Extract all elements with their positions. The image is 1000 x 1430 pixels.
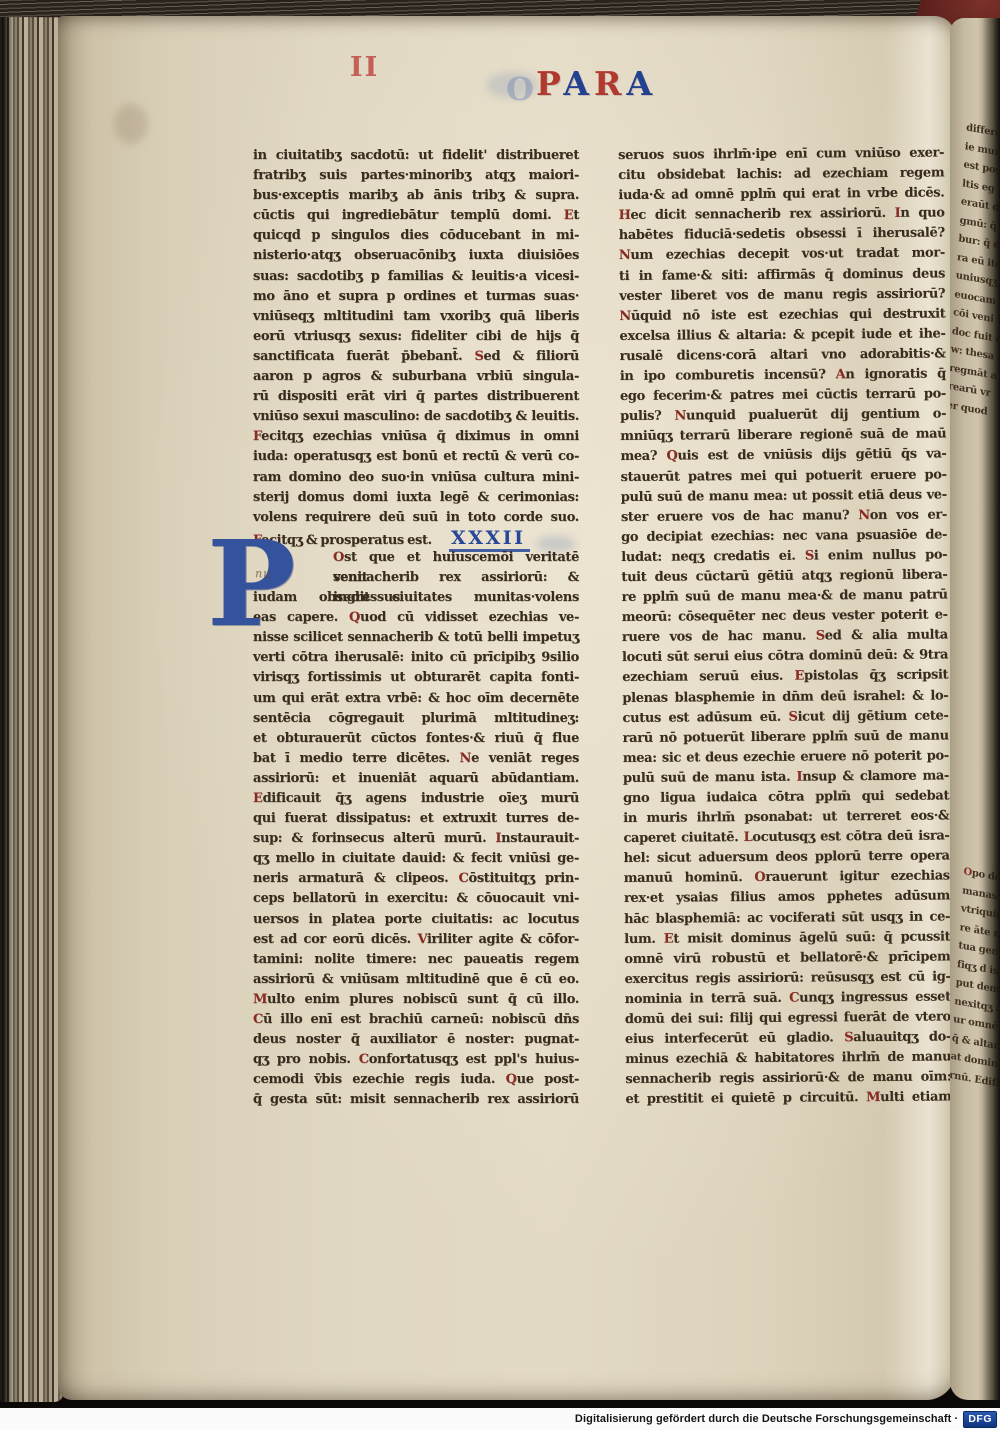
next-page-curl: differetie muneest postltis egeraūt dgmū… xyxy=(950,18,1000,1400)
text-line: nisterio·atqʒ obseruacōnibʒ iuxta diuisi… xyxy=(253,246,579,266)
text-line: in ipo comburetis incensū? An ignoratis … xyxy=(620,364,946,387)
rubricator-guide-letters: nu xyxy=(255,564,271,584)
text-line: sennacherib regis assiriorū·& de manu oī… xyxy=(625,1068,951,1091)
parchment-stain xyxy=(114,104,148,144)
text-line: suas: sacdotibʒ p familias & leuitis·a v… xyxy=(253,267,579,287)
text-line: manuū hominū. Orauerunt igitur ezechias xyxy=(624,867,950,890)
text-line: et prestitit ei quietē p circuitū. Multi… xyxy=(625,1088,951,1111)
text-line: quicqd p singulos dies cōducebant in mi- xyxy=(253,226,579,246)
text-line: est ad cor eorū dicēs. Viriliter agite &… xyxy=(253,930,579,950)
text-line: iuda·& ad omnē pplm̄ qui erat in vrbe di… xyxy=(618,184,944,207)
text-line: excelsa illius & altaria: & pcepit iude … xyxy=(619,324,945,347)
text-line: sennacherib rex assiriorū: & ingressus xyxy=(253,568,579,588)
text-column-right: seruos suos ihrlm̄·ipe enī cum vniūso ex… xyxy=(618,143,952,1110)
red-touched-capital: N xyxy=(674,409,686,424)
text-line: pulū suū de manu mea: ut possit etiā deu… xyxy=(621,485,947,508)
text-line: exercitus regis assiriorū: reūsusqʒ est … xyxy=(624,967,950,990)
text-line: cemodi v̄bis ezechie regis iuda. Que pos… xyxy=(253,1070,579,1090)
text-line: domū dei sui: filij qui egressi fuerāt d… xyxy=(625,1007,951,1030)
red-touched-capital: Q xyxy=(666,449,677,464)
red-touched-capital: I xyxy=(895,206,901,221)
text-line: minus ezechiā & habitatores ihrlm̄ de ma… xyxy=(625,1048,951,1071)
text-line: nisse scilicet sennacherib & totū belli … xyxy=(253,628,579,648)
red-touched-capital: S xyxy=(788,709,797,724)
text-line: rū dispositi erāt viri q̄ partes distrib… xyxy=(253,387,579,407)
text-line: tuit deus cūctarū gētiū atqʒ regionū lib… xyxy=(621,565,947,588)
text-line: Nūquid nō iste est ezechias qui destruxi… xyxy=(619,304,945,327)
red-touched-capital: A xyxy=(836,367,846,382)
digitization-credit-bar: Digitalisierung gefördert durch die Deut… xyxy=(0,1408,1000,1430)
text-line: gno ligua iudaica cōtra pplm̄ qui sedeba… xyxy=(623,786,949,809)
text-line: volens requirere deū suū in toto corde s… xyxy=(253,508,579,528)
text-line: ruere vos de hac manu. Sed & alia multa xyxy=(622,626,948,649)
text-line: locuti sūt serui eius cōtra dominū deū: … xyxy=(622,646,948,669)
text-line: ego fecerim·& patres mei cūctis terrarū … xyxy=(620,385,946,408)
text-line: eorū vtriusqʒ sexus: fideliter cibi de h… xyxy=(253,327,579,347)
text-line: sup: & forinsecus alterū murū. Instaurau… xyxy=(253,829,579,849)
red-touched-capital: O xyxy=(963,866,972,878)
red-touched-capital: Q xyxy=(349,610,360,625)
red-touched-capital: S xyxy=(816,629,825,644)
text-line: assiriorū & vniūsam mltitudinē que ē cū … xyxy=(253,970,579,990)
text-line: ster eruere vos de hac manu? Non vos er- xyxy=(621,505,947,528)
text-line: Cū illo enī est brachiū carneū: nobiscū … xyxy=(253,1010,579,1030)
credit-text: Digitalisierung gefördert durch die Deut… xyxy=(575,1413,958,1425)
text-line: assiriorū: et inueniāt aquarū abūdantiam… xyxy=(253,769,579,789)
text-line: mniūqʒ terrarū liberare regionē suā de m… xyxy=(620,425,946,448)
text-line: fratribʒ suis partes·minoribʒ atqʒ maior… xyxy=(253,166,579,186)
red-touched-capital: N xyxy=(460,751,472,766)
text-line: eius interfecerūt eū gladio. Saluauitqʒ … xyxy=(625,1028,951,1051)
text-line: Hec dicit sennacherib rex assiriorū. In … xyxy=(618,204,944,227)
red-touched-capital: E xyxy=(253,791,263,806)
text-column-left: P nu in ciuitatibʒ sacdotū: ut fidelit' … xyxy=(253,146,579,1111)
text-line: uersos in platea porte ciuitatis: ac loc… xyxy=(253,910,579,930)
red-touched-capital: S xyxy=(805,548,814,563)
red-touched-capital: L xyxy=(744,830,753,845)
folio-number: II xyxy=(350,52,379,83)
text-line: mea? Quis est de vniūsis dijs gētiū q̄s … xyxy=(620,445,946,468)
text-line: hel: sicut aduersum deos pplorū terre op… xyxy=(624,847,950,870)
text-line: rex·et ysaias filius amos pphetes adūsum xyxy=(624,887,950,910)
page-curl-shadow xyxy=(982,18,1000,1400)
text-line: habētes fiduciā·sedetis obsessi ī iherus… xyxy=(619,224,945,247)
red-touched-capital: I xyxy=(495,831,501,846)
red-touched-capital: S xyxy=(475,349,484,364)
text-line: mo āno et supra p ordines et turmas suas… xyxy=(253,287,579,307)
text-line: rarū nō potuerūt liberare pplm̄ suū de m… xyxy=(623,726,949,749)
text-line: in ciuitatibʒ sacdotū: ut fidelit' distr… xyxy=(253,146,579,166)
text-line: pulis? Nunquid pualuerūt dij gentium o- xyxy=(620,405,946,428)
text-line: Ost que et huiuscemōi veritatē venit xyxy=(253,548,579,568)
chapter-initial-letter: P xyxy=(207,538,295,630)
red-touched-capital: C xyxy=(253,1012,263,1027)
red-touched-capital: C xyxy=(359,1052,369,1067)
text-line: sterij domus domi iuxta legē & cerimonia… xyxy=(253,488,579,508)
red-touched-capital: M xyxy=(866,1090,880,1105)
red-touched-capital: O xyxy=(754,870,765,885)
text-line: tamini: nolite timere: nec paueatis rege… xyxy=(253,950,579,970)
text-line: mea: sic et deus ezechie eruere nō poter… xyxy=(623,746,949,769)
running-title: PARA xyxy=(536,64,657,103)
text-line: eas capere. Quod cū vidisset ezechias ve… xyxy=(253,608,579,628)
text-line: rusalē dicens·corā altari vno adorabitis… xyxy=(620,344,946,367)
text-line: seruos suos ihrlm̄·ipe enī cum vniūso ex… xyxy=(618,143,944,166)
text-line: cūctis qui ingrediebātur templū domi. Et xyxy=(253,206,579,226)
text-line: vniūso sexui masculino: de sacdotibʒ & l… xyxy=(253,407,579,427)
text-line: lum. Et misit dominus āgelū suū: q̄ pcus… xyxy=(624,927,950,950)
text-line: ram domino deo suo·in vniūsa cultura min… xyxy=(253,468,579,488)
text-line: iuda: operatusqʒ est bonū et rectū & ver… xyxy=(253,447,579,467)
manuscript-page: II O PARA P nu in ciuitatibʒ sacdotū: ut… xyxy=(58,16,956,1400)
digitized-manuscript-viewer: { "page": { "folio_number": "II", "runni… xyxy=(0,0,1000,1430)
red-touched-capital: F xyxy=(253,429,261,444)
text-line: hāc blasphemiā: ac vociferati sūt usqʒ i… xyxy=(624,907,950,930)
text-line: neris armaturā & clipeos. Cōstituitqʒ pr… xyxy=(253,869,579,889)
text-line: verti cōtra iherusalē: inito cū prīcipib… xyxy=(253,648,579,668)
red-touched-capital: N xyxy=(619,309,631,324)
running-title-letter: A xyxy=(563,64,594,103)
red-touched-capital: C xyxy=(789,991,799,1006)
red-touched-capital: E xyxy=(794,669,804,684)
left-page-edge-stack xyxy=(0,12,64,1402)
text-line: Num ezechias decepit vos·ut tradat mor- xyxy=(619,244,945,267)
text-line: caperet ciuitatē. Locutusqʒ est cōtra de… xyxy=(623,827,949,850)
red-touched-capital: N xyxy=(619,248,631,263)
text-line: bat ī medio terre dicētes. Ne veniāt reg… xyxy=(253,749,579,769)
text-line: qui fuerat dissipatus: et extruxit turre… xyxy=(253,809,579,829)
text-line: in muris ihrlm̄ psonabat: ut terreret eo… xyxy=(623,807,949,830)
text-line: Multo enim plures nobiscū sunt q̄ cū ill… xyxy=(253,990,579,1010)
text-line: um qui erāt extra vrbē: & hoc oīm decern… xyxy=(253,689,579,709)
text-line: q̄ gesta sūt: misit sennacherib rex assi… xyxy=(253,1090,579,1110)
red-touched-capital: Q xyxy=(506,1072,517,1087)
text-line: qʒ pro nobis. Confortatusqʒ est ppl's hu… xyxy=(253,1050,579,1070)
text-line: qʒ mello in ciuitate dauid: & fecit vniū… xyxy=(253,849,579,869)
red-touched-capital: N xyxy=(858,508,870,523)
text-line: stauerūt patres mei qui potuerit eruere … xyxy=(621,465,947,488)
text-line: iudam obsedit ciuitates munitas·volens xyxy=(253,588,579,608)
text-line: bus·exceptis maribʒ ab ānis tribʒ & supr… xyxy=(253,186,579,206)
text-line: re pplm̄ suū de manu mea·& de manu patrū xyxy=(621,585,947,608)
running-title-letter: P xyxy=(536,64,563,103)
text-line: nominia in terrā suā. Cunqʒ ingressus es… xyxy=(625,987,951,1010)
text-line: Edificauit q̄ʒ agens industrie oīeʒ murū xyxy=(253,789,579,809)
red-touched-capital: V xyxy=(417,932,427,947)
red-touched-capital: E xyxy=(664,931,674,946)
red-touched-capital: E xyxy=(564,208,574,223)
text-line: vester liberet vos de manu regis assirio… xyxy=(619,284,945,307)
red-touched-capital: M xyxy=(253,992,267,1007)
text-line: meorū: cōsequēter nec deus vester poteri… xyxy=(622,606,948,629)
red-touched-capital: C xyxy=(459,871,469,886)
red-touched-capital: O xyxy=(333,550,344,565)
text-line: ceps bellatorū in exercitu: & cōuocauit … xyxy=(253,889,579,909)
running-title-ghost: O xyxy=(506,70,534,108)
red-touched-capital: S xyxy=(844,1030,853,1045)
text-line: vniūseqʒ mltitudini tam vxoribʒ quā libe… xyxy=(253,307,579,327)
text-line: omnē virū robustū et bellatorē·& prīcipe… xyxy=(624,947,950,970)
text-line: sentēcia cōgregauit plurimā mltitudineʒ: xyxy=(253,709,579,729)
text-line: go decipiat ezechias: nec vana psuasiōe … xyxy=(621,525,947,548)
text-line: Fecitqʒ & prosperatus est. XXXII xyxy=(253,528,579,548)
text-line: plenas blasphemie in dn̄m deū israhel: &… xyxy=(622,686,948,709)
red-touched-capital: I xyxy=(796,769,802,784)
text-line: aaron p agros & suburbana vrbiū singula- xyxy=(253,367,579,387)
text-line: deus noster q̄ auxiliator ē noster: pugn… xyxy=(253,1030,579,1050)
text-line: cutus est adūsum eū. Sicut dij gētium ce… xyxy=(622,706,948,729)
text-line: et obturauerūt cūctos fontes·& riuū q̄ f… xyxy=(253,729,579,749)
text-line: citu obsidebat lachis: ad ezechiam regem xyxy=(618,164,944,187)
text-line: ludat: neqʒ credatis ei. Si enim nullus … xyxy=(621,545,947,568)
text-line: ezechiam seruū eius. Epistolas q̄ʒ scrip… xyxy=(622,666,948,689)
text-line: Fecitqʒ ezechias vniūsa q̄ diximus in om… xyxy=(253,427,579,447)
red-touched-capital: H xyxy=(618,208,630,223)
text-line: ti in fame·& siti: affirmās q̄ dominus d… xyxy=(619,264,945,287)
text-line: sanctificata fuerāt p̄bebant̄. Sed & fil… xyxy=(253,347,579,367)
running-title-letter: A xyxy=(626,64,657,103)
dfg-logo: DFG xyxy=(963,1411,997,1428)
running-title-letter: R xyxy=(594,64,626,103)
text-line: virisqʒ fortissimis ut obturarēt capita … xyxy=(253,668,579,688)
text-line: pulū suū de manu ista. Insup & clamore m… xyxy=(623,766,949,789)
